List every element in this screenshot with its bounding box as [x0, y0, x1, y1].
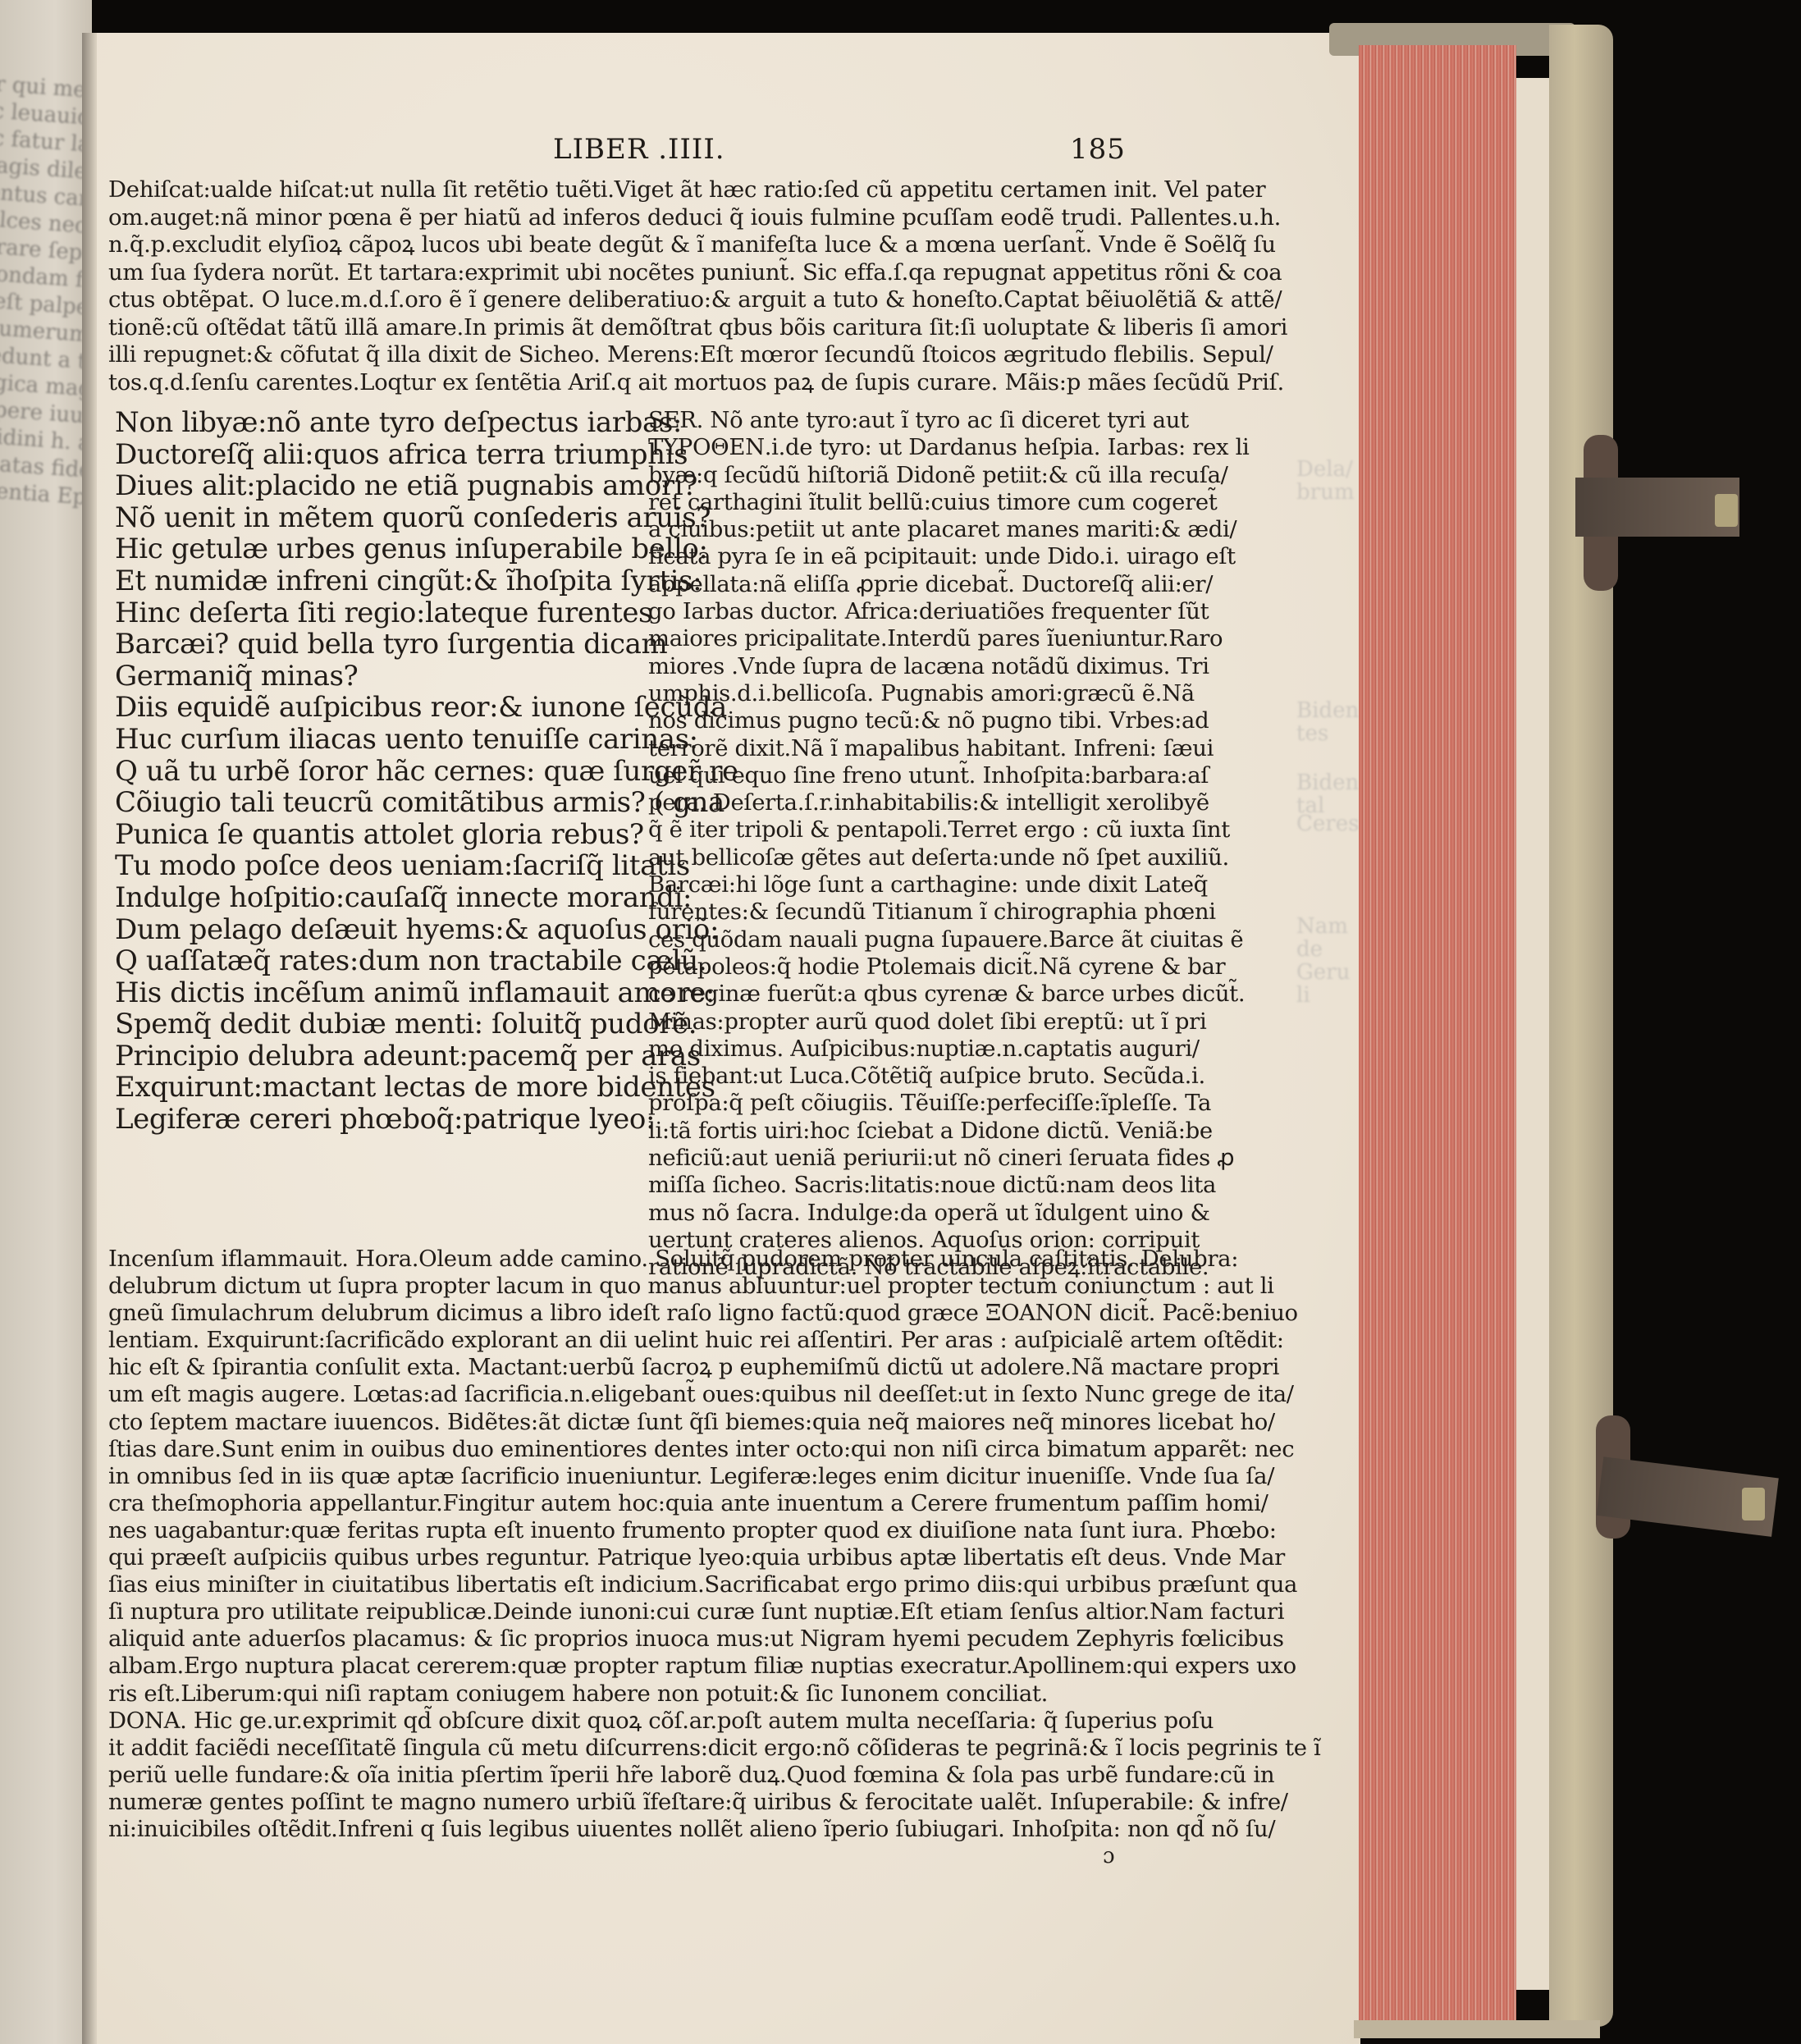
text-line: ficata pyra ſe in eã pcipitauit: unde Di… — [648, 543, 1249, 570]
text-line: illi repugnet:& cõfutat q̃ illa dixit de… — [108, 341, 1287, 369]
text-line: Legiferæ cereri phœboq̃:patrique lyeo: — [115, 1104, 738, 1136]
text-line: numeræ gentes poſſint te magno numero ur… — [108, 1789, 1321, 1816]
running-title: LIBER .IIII. — [553, 133, 725, 166]
text-line: byæ:q ſecũdũ hiſtoriã Didonẽ petiit:& cũ… — [648, 462, 1249, 489]
binding-bottom-edge — [1354, 2020, 1600, 2038]
text-line: nes uagabantur:quæ feritas rupta eſt inu… — [108, 1517, 1321, 1544]
text-line: Ductoreſq̃ alii:quos africa terra triump… — [115, 439, 738, 471]
text-line: Tu modo poſce deos ueniam:ſacriſq̃ litat… — [115, 850, 738, 882]
text-line: albam.Ergo nuptura placat cererem:quæ pr… — [108, 1653, 1321, 1680]
text-line: go Iarbas ductor. Africa:deriuatiões fre… — [648, 598, 1249, 625]
signature-mark: ɔ — [1103, 1844, 1115, 1868]
show-through-note: Biden tes — [1296, 699, 1360, 745]
clasp-brass-tip — [1715, 494, 1738, 527]
text-line: li:tã fortis uiri:hoc ſciebat a Didone d… — [648, 1118, 1249, 1145]
text-line: qui præeſt auſpiciis quibus urbes regunt… — [108, 1544, 1321, 1571]
text-line: Indulge hoſpitio:cauſaſq̃ innecte morand… — [115, 882, 738, 914]
text-line: miores .Vnde ſupra de lacæna notãdũ dixi… — [648, 653, 1249, 680]
text-line: Diis equidẽ auſpicibus reor:& iunone ſec… — [115, 692, 738, 724]
text-line: Barcæi? quid bella tyro ſurgentia dicam — [115, 629, 738, 661]
text-line: aliquid ante aduerſos placamus: & ſic pr… — [108, 1626, 1321, 1653]
text-line: ſi nuptura pro utilitate reipublicæ.Dein… — [108, 1598, 1321, 1626]
text-line: is fiebant:ut Luca.Cõtẽtiq̃ auſpice brut… — [648, 1063, 1249, 1090]
text-line: terrorẽ dixit.Nã ĩ mapalibus habitant. I… — [648, 735, 1249, 762]
text-line: Barcæi:hi lõge ſunt a carthagine: unde d… — [648, 871, 1249, 899]
commentary-top: Dehiſcat:ualde hiſcat:ut nulla ſit retẽt… — [108, 176, 1287, 396]
text-line: uel qui equo ſine freno utunt̃. Inhoſpit… — [648, 762, 1249, 789]
text-line: tos.q.d.ſenſu carentes.Loqtur ex ſentẽti… — [108, 369, 1287, 397]
text-line: Huc curſum iliacas uento tenuiſſe carina… — [115, 724, 738, 756]
text-line: cto ſeptem mactare iuuencos. Bidẽtes:ãt … — [108, 1409, 1321, 1436]
facing-page-text: ur qui me ſibi iunxit amoresac leuauidie… — [0, 70, 92, 510]
show-through-note: Biden tal — [1296, 771, 1360, 817]
text-line: mo diximus. Auſpicibus:nuptiæ.n.captatis… — [648, 1036, 1249, 1063]
text-line: Diues alit:placido ne etiã pugnabis amor… — [115, 470, 738, 502]
text-line: Principio delubra adeunt:pacemq̃ per ara… — [115, 1040, 738, 1072]
text-line: in omnibus ſed in iis quæ aptæ ſacrifici… — [108, 1463, 1321, 1490]
page-block-edge — [1516, 78, 1551, 1990]
text-line: pera. Deſerta.ſ.r.inhabitabilis:& intell… — [648, 789, 1249, 816]
text-line: Punica ſe quantis attolet gloria rebus? — [115, 819, 738, 851]
text-line: nos dicimus pugno tecũ:& nõ pugno tibi. … — [648, 707, 1249, 734]
text-line: ce reginæ fuerũt:a qbus cyrenæ & barce u… — [648, 981, 1249, 1008]
text-line: Q uaſſatæq̃ rates:dum non tractabile cæl… — [115, 945, 738, 977]
text-line: proſpa:q̃ peſt cõiugiis. Tẽuiſſe:perfeci… — [648, 1090, 1249, 1117]
text-line: neficiũ:aut ueniã periurii:ut nõ cineri … — [648, 1145, 1249, 1172]
text-line: um eſt magis augere. Lœtas:ad ſacrificia… — [108, 1381, 1321, 1408]
text-line: ces quõdam nauali pugna ſupauere.Barce ã… — [648, 926, 1249, 953]
text-line: ctus obtẽpat. O luce.m.d.ſ.oro ẽ ĩ gener… — [108, 286, 1287, 314]
vellum-binding — [1549, 25, 1613, 2027]
text-line: Germaniq̃ minas? — [115, 661, 738, 693]
text-line: furentes:& ſecundũ Titianum ĩ chirograph… — [648, 899, 1249, 926]
text-line: His dictis incẽſum animũ inflamauit amor… — [115, 977, 738, 1009]
text-line: periũ uelle fundare:& oĩa initia pſertim… — [108, 1762, 1321, 1789]
show-through-note: Dela/ brum — [1296, 458, 1360, 504]
show-through-note: Nam de Geru li — [1296, 915, 1329, 1007]
text-line: delubrum dictum ut ſupra propter lacum i… — [108, 1273, 1321, 1300]
text-line: aut bellicoſæ gẽtes aut deſerta:unde nõ … — [648, 844, 1249, 871]
text-line: Hic getulæ urbes genus inſuperabile bell… — [115, 533, 738, 565]
text-line: it addit faciẽdi neceſſitatẽ ſingula cũ … — [108, 1735, 1321, 1762]
text-line: hic eſt & ſpirantia conſulit exta. Macta… — [108, 1354, 1321, 1381]
text-line: a ciuibus:petiit ut ante placaret manes … — [648, 516, 1249, 543]
text-line: pẽtapoleos:q̃ hodie Ptolemais dicit̃.Nã … — [648, 953, 1249, 981]
text-line: Nõ uenit in mẽtem quorũ conſederis aruis… — [115, 502, 738, 534]
text-line: Exquirunt:mactant lectas de more bidente… — [115, 1072, 738, 1104]
text-line: um ſua ſydera norũt. Et tartara:exprimit… — [108, 259, 1287, 287]
commentary-right: SER. Nõ ante tyro:aut ĩ tyro ac ſi dicer… — [648, 407, 1249, 1282]
text-line: Et numidæ infreni cingũt:& ĩhoſpita ſyrt… — [115, 565, 738, 597]
text-line: cra theſmophoria appellantur.Fingitur au… — [108, 1490, 1321, 1517]
text-line: miſſa ſicheo. Sacris:litatis:noue dictũ:… — [648, 1172, 1249, 1199]
show-through-note: Ceres — [1296, 812, 1359, 835]
text-line: umphis.d.i.bellicoſa. Pugnabis amori:græ… — [648, 680, 1249, 707]
clasp-brass-tip — [1742, 1488, 1765, 1520]
text-line: tionẽ:cũ oſtẽdat tãtũ illã amare.In prim… — [108, 314, 1287, 342]
text-line: gneũ ſimulachrum delubrum dicimus a libr… — [108, 1300, 1321, 1327]
text-line: ret carthagini ĩtulit bellũ:cuius timore… — [648, 489, 1249, 516]
text-line: Dum pelago deſæuit hyems:& aquoſus oriõ: — [115, 914, 738, 946]
text-line: appellata:nã eliſſa ꝓprie dicebat̃. Duct… — [648, 571, 1249, 598]
running-header: LIBER .IIII. 185 — [97, 133, 1360, 174]
text-line: DONA. Hic ge.ur.exprimit qd̃ obſcure dix… — [108, 1708, 1321, 1735]
text-line: ſtias dare.Sunt enim in ouibus duo emine… — [108, 1436, 1321, 1463]
text-line: lentiam. Exquirunt:ſacrificãdo explorant… — [108, 1327, 1321, 1354]
text-line: Hinc deſerta ſiti regio:lateque furentes — [115, 597, 738, 629]
folio-number: 185 — [1070, 133, 1126, 166]
text-line: ſias eius miniſter in ciuitatibus libert… — [108, 1571, 1321, 1598]
text-line: Incenſum iflammauit. Hora.Oleum adde cam… — [108, 1246, 1321, 1273]
book-page-185: LIBER .IIII. 185 Dehiſcat:ualde hiſcat:u… — [97, 33, 1360, 2044]
text-line: maiores pricipalitate.Interdũ pares ĩuen… — [648, 625, 1249, 652]
red-fore-edge — [1359, 45, 1516, 2023]
text-line: Q uã tu urbẽ ſoror hãc cernes: quæ ſurge… — [115, 756, 738, 788]
text-line: Cõiugio tali teucrũ comitãtibus armis? (… — [115, 787, 738, 819]
text-line: ris eſt.Liberum:qui niſi raptam coniugem… — [108, 1680, 1321, 1708]
text-line: ΤΥΡΟΘΕΝ.i.de tyro: ut Dardanus heſpia. I… — [648, 434, 1249, 461]
text-line: Spemq̃ dedit dubiæ menti: ſoluitq̃ pudor… — [115, 1008, 738, 1040]
text-line: ni:inuicibiles oſtẽdit.Infreni q ſuis le… — [108, 1816, 1321, 1843]
verse-text: Non libyæ:nõ ante tyro deſpectus iarbas:… — [115, 407, 738, 1136]
commentary-bottom: Incenſum iflammauit. Hora.Oleum adde cam… — [108, 1246, 1321, 1843]
text-line: q̃ ẽ iter tripoli & pentapoli.Terret erg… — [648, 816, 1249, 844]
text-line: SER. Nõ ante tyro:aut ĩ tyro ac ſi dicer… — [648, 407, 1249, 434]
text-line: mus nõ ſacra. Indulge:da operã ut ĩdulge… — [648, 1200, 1249, 1227]
facing-page-left: ur qui me ſibi iunxit amoresac leuauidie… — [0, 0, 92, 2044]
text-line: Dehiſcat:ualde hiſcat:ut nulla ſit retẽt… — [108, 176, 1287, 204]
text-line: om.auget:nã minor pœna ẽ per hiatũ ad in… — [108, 204, 1287, 232]
text-line: Non libyæ:nõ ante tyro deſpectus iarbas: — [115, 407, 738, 439]
text-line: n.q̃.p.excludit elyſioꝝ cãpoꝝ lucos ubi … — [108, 231, 1287, 259]
text-line: Minas:propter aurũ quod dolet ſibi erept… — [648, 1008, 1249, 1036]
